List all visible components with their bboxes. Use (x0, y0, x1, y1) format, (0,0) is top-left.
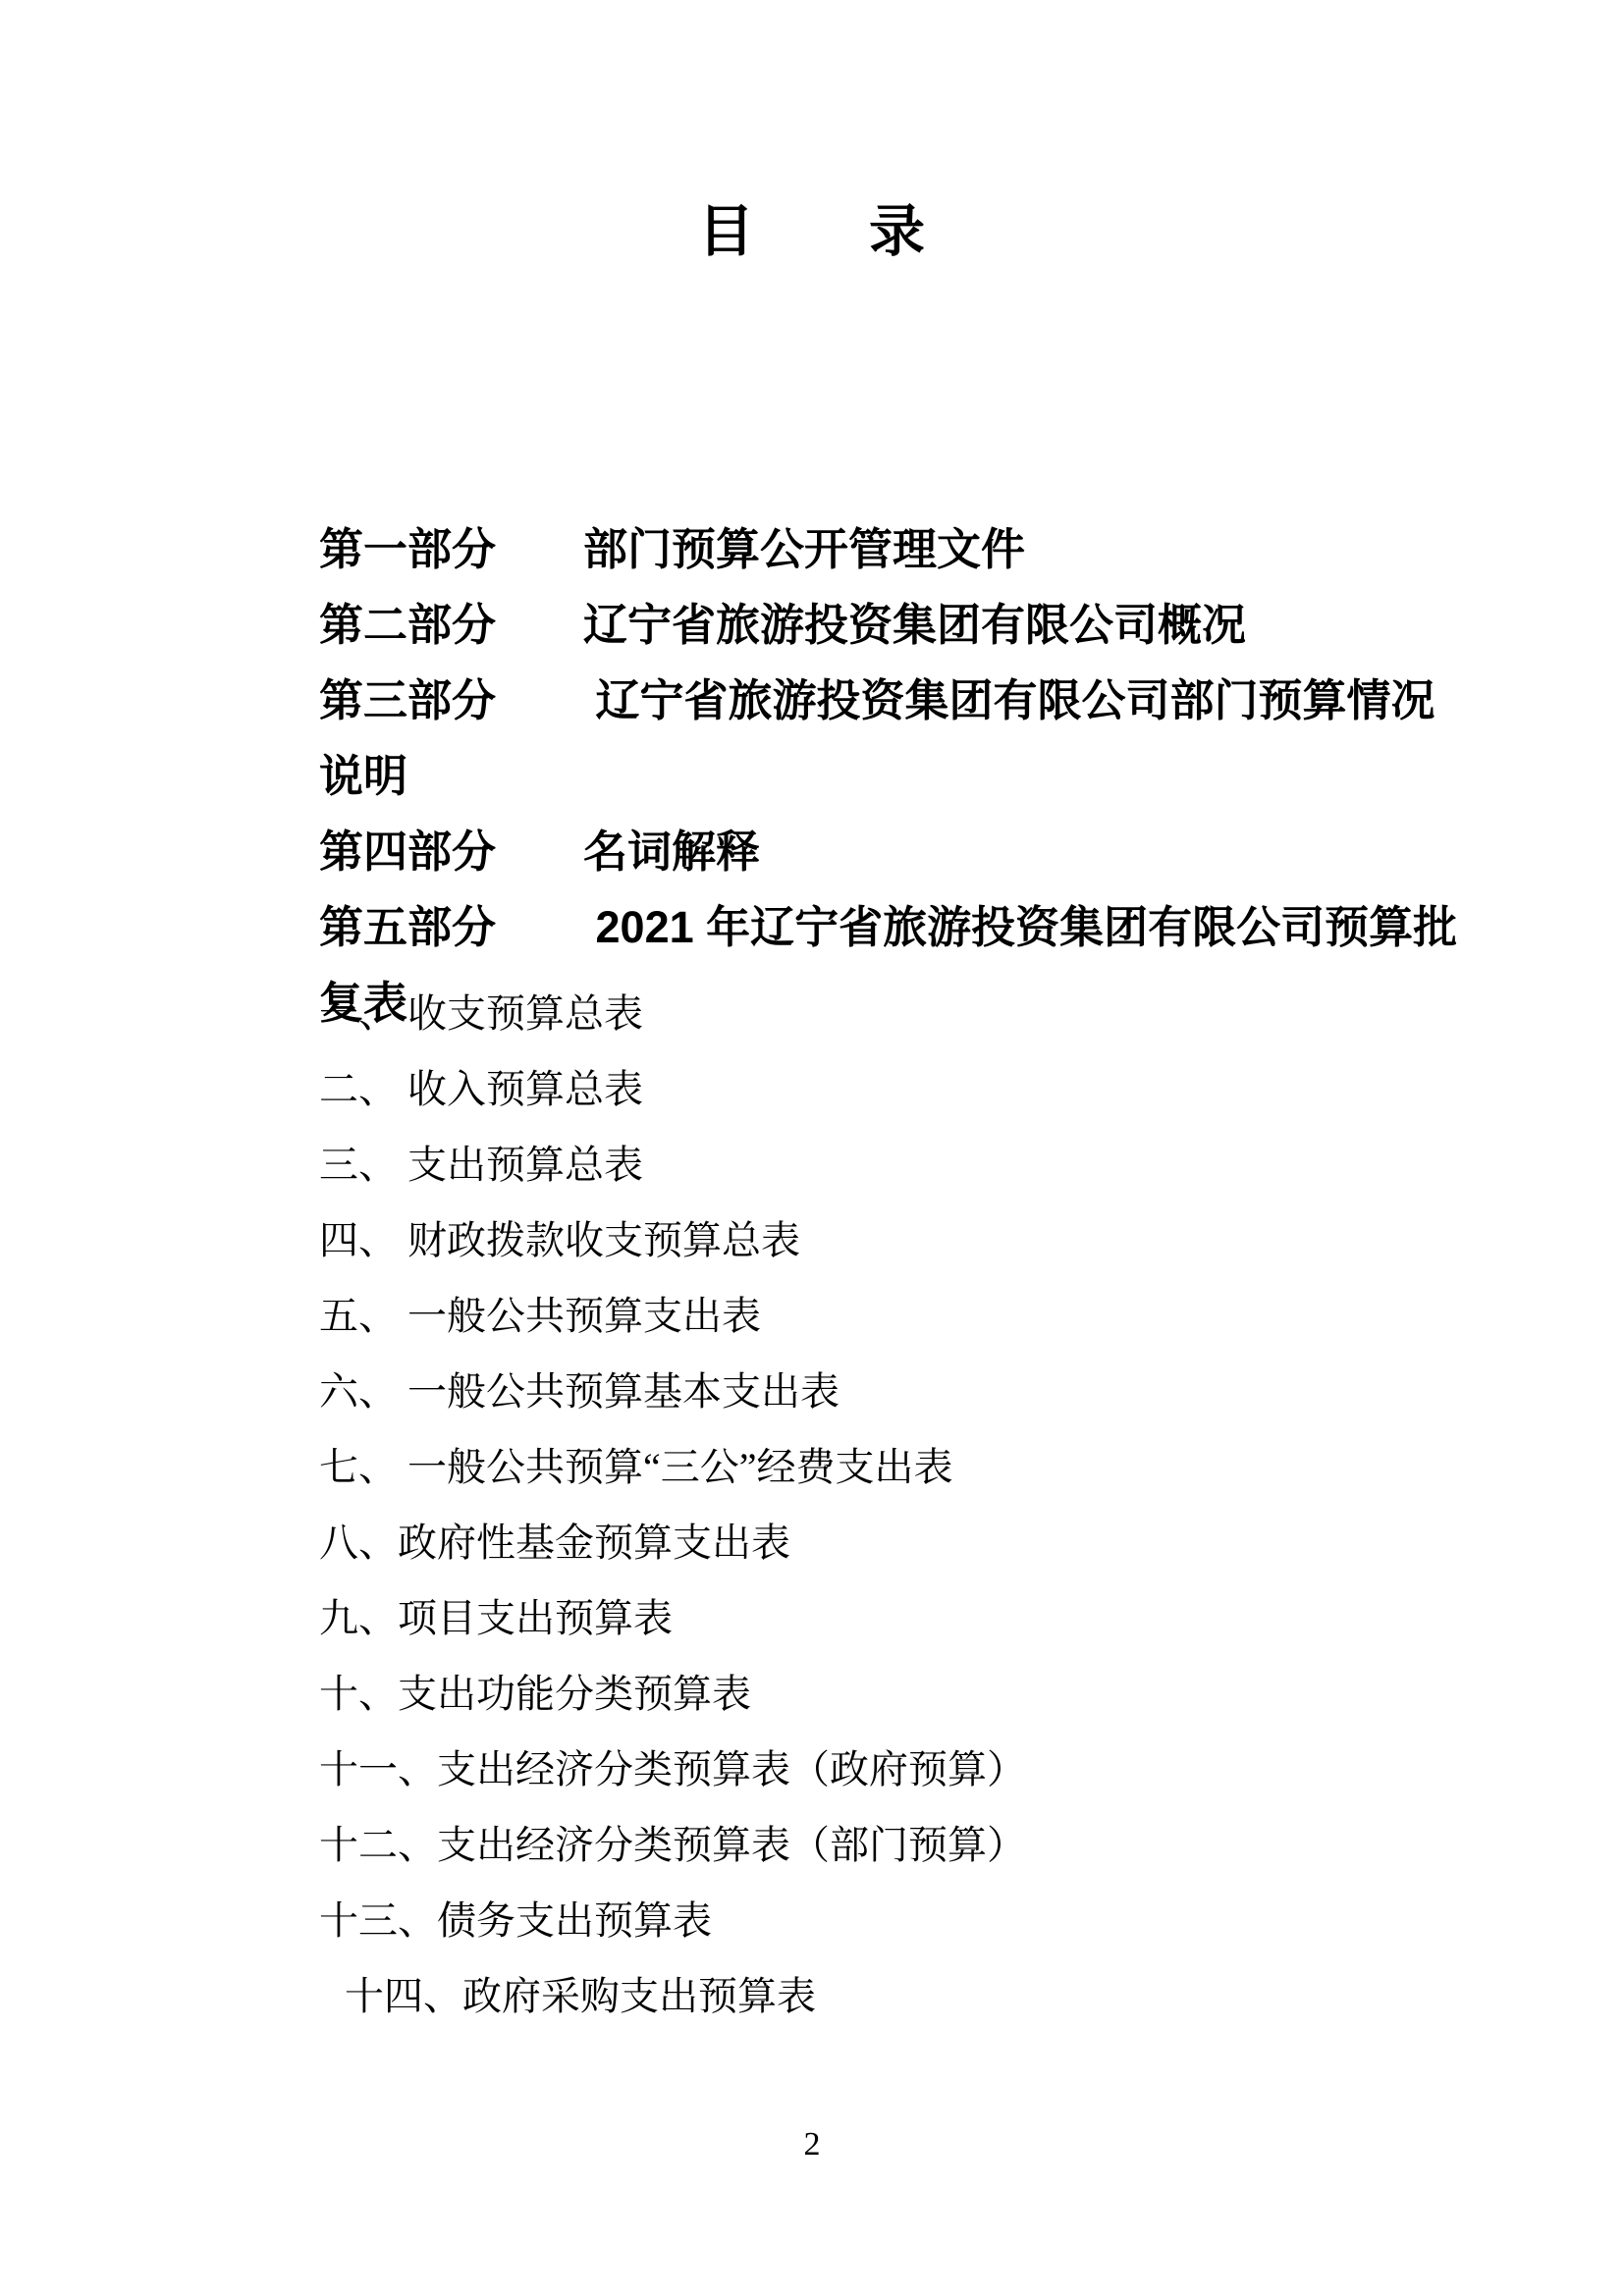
list-item: 二、 收入预算总表 (319, 1051, 1399, 1127)
list-item: 七、 一般公共预算“三公”经费支出表 (319, 1429, 1399, 1505)
list-item: 五、 一般公共预算支出表 (319, 1278, 1399, 1354)
toc-section-line: 第四部分名词解释 (245, 738, 1394, 814)
section-label: 第三部分 (319, 663, 583, 738)
section-title: 辽宁省旅游投资集团有限公司概况 (583, 600, 1246, 650)
toc-section-line: 第一部分部门预算公开管理文件 (245, 436, 1394, 511)
section-title: 部门预算公开管理文件 (583, 524, 1025, 574)
list-item: 十三、债务支出预算表 (319, 1883, 1399, 1958)
list-item: 三、 支出预算总表 (319, 1127, 1399, 1202)
list-item: 十四、政府采购支出预算表 (319, 1958, 1399, 2034)
page-number: 2 (0, 2126, 1624, 2163)
section-title: 辽宁省旅游投资集团有限公司部门预算情况 (583, 675, 1435, 725)
page-title: 目 录 (0, 203, 1624, 262)
list-item: 一、 收支预算总表 (319, 976, 1399, 1051)
list-item: 六、 一般公共预算基本支出表 (319, 1354, 1399, 1429)
section-title: 名词解释 (583, 827, 760, 877)
list-item: 八、政府性基金预算支出表 (319, 1505, 1399, 1580)
list-item: 四、 财政拨款收支预算总表 (319, 1202, 1399, 1278)
toc-sections: 第一部分部门预算公开管理文件 第二部分辽宁省旅游投资集团有限公司概况 第三部分 … (245, 436, 1394, 965)
list-item: 十一、支出经济分类预算表（政府预算） (319, 1732, 1399, 1807)
list-item: 九、项目支出预算表 (319, 1580, 1399, 1656)
section-label: 第四部分 (319, 814, 583, 889)
list-item: 十二、支出经济分类预算表（部门预算） (319, 1807, 1399, 1883)
document-page: 目 录 第一部分部门预算公开管理文件 第二部分辽宁省旅游投资集团有限公司概况 第… (0, 0, 1624, 2296)
section-title-continued: 说明 (319, 751, 407, 801)
section-label: 第一部分 (319, 511, 583, 587)
section-label: 第五部分 (319, 889, 583, 965)
section-title: 2021 年辽宁省旅游投资集团有限公司预算批 (583, 902, 1457, 952)
section-label: 第二部分 (319, 587, 583, 663)
list-item: 十、支出功能分类预算表 (319, 1656, 1399, 1732)
toc-table-list: 一、 收支预算总表 二、 收入预算总表 三、 支出预算总表 四、 财政拨款收支预… (319, 976, 1399, 2034)
